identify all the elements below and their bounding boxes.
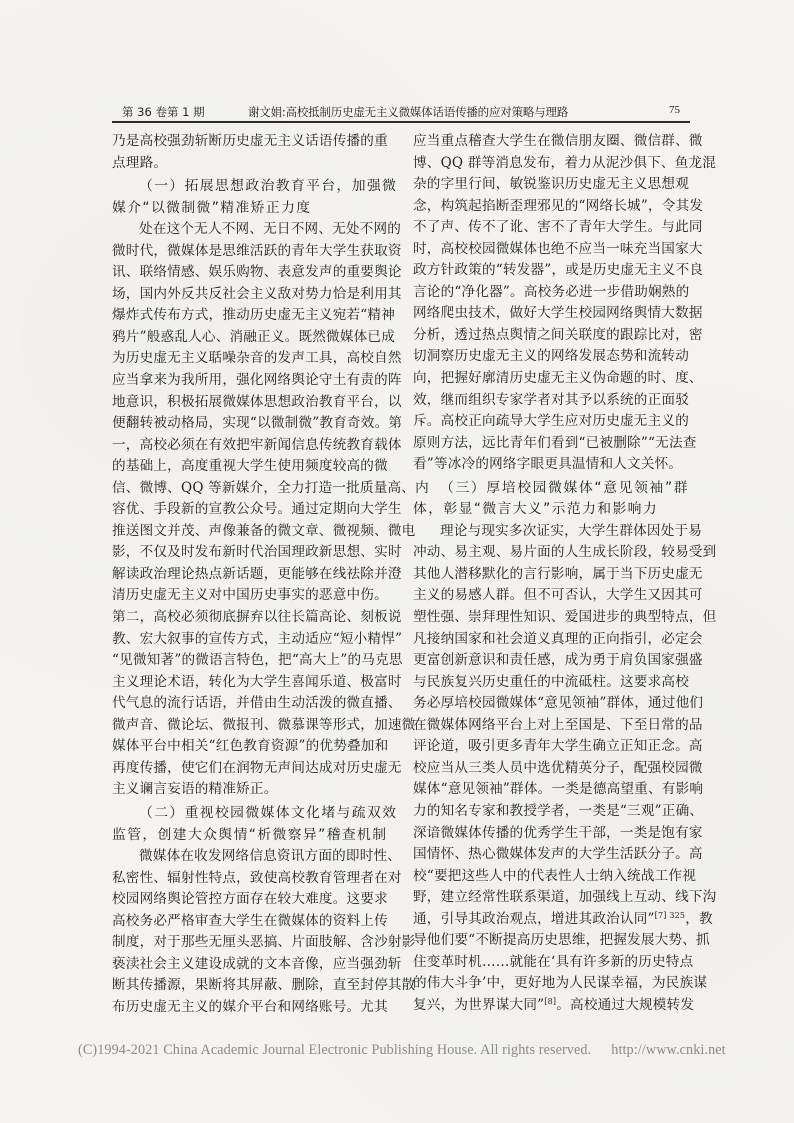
body-line: 不了声、传不了讹、害不了青年大学生。与此同 (413, 217, 689, 239)
body-line: “见微知著”的微语言特色，把“高大上”的马克思 (112, 650, 385, 672)
body-line: 乃是高校强劲斩断历史虚无主义话语传播的重 (112, 131, 385, 153)
body-line: 微时代，微媒体是思维活跃的青年大学生获取资 (112, 241, 385, 263)
body-line: 更富创新意识和责任感，成为勇于肩负国家强盛 (413, 650, 689, 672)
body-line: 亵渎社会主义建设成就的文本音像，应当强劲斩 (112, 954, 385, 976)
body-line: 看”等冰冷的网络字眼更具温情和人文关怀。 (413, 454, 689, 476)
left-column: 乃是高校强劲斩断历史虚无主义话语传播的重 点理路。 （一）拓展思想政治教育平台，… (112, 131, 385, 1018)
body-line: 校应当从三类人员中选优精英分子，配强校园微 (413, 758, 689, 780)
copyright-text: (C)1994-2021 China Academic Journal Elec… (78, 1042, 591, 1058)
body-line: 与民族复兴历史重任的中流砥柱。这要求高校 (413, 672, 689, 694)
body-line: 主义谰言妄语的精准矫正。 (112, 779, 385, 801)
section-heading-1-cont: 媒介“以微制微”精准矫正力度 (112, 198, 385, 220)
body-line: 博、QQ 群等消息发布，着力从泥沙俱下、鱼龙混 (413, 153, 689, 175)
body-line: 的伟大斗争’中，更好地为人民谋幸福，为民族谋 (413, 973, 689, 995)
journal-issue: 第 36 卷第 1 期 (122, 104, 205, 120)
body-line: 导他们要“不断提高历史思维，把握发展大势、抓 (413, 930, 689, 952)
body-line: 断其传播源，果断将其屏蔽、删除，直至封停其散 (112, 975, 385, 997)
body-line: 布历史虚无主义的媒介平台和网络账号。尤其 (112, 997, 385, 1019)
body-line: 影，不仅及时发布新时代治国理政新思想、实时 (112, 542, 385, 564)
body-line: 容优、手段新的宣教公众号。通过定期向大学生 (112, 499, 385, 521)
header-rule (112, 121, 690, 123)
body-line: 教、宏大叙事的宣传方式，主动适应“短小精悍” (112, 629, 385, 651)
body-line: 主义理论术语，转化为大学生喜闻乐道、极富时 (112, 672, 385, 694)
body-line: 凡接纳国家和社会道义真理的正向指引，必定会 (413, 629, 689, 651)
page-number: 75 (669, 104, 680, 116)
line-tail: 。高校通过大规模转发 (556, 997, 694, 1013)
body-line: 言论的“净化器”。高校务必进一步借助娴熟的 (413, 282, 689, 304)
body-line: 解读政治理论热点新话题，更能够在线祛除并澄 (112, 564, 385, 586)
running-title: 谢文娟:高校抵制历史虚无主义微媒体话语传播的应对策略与理路 (248, 104, 568, 120)
body-line: 主义的易感人群。但不可否认，大学生又因其可 (413, 585, 689, 607)
body-line: 制度，对于那些无厘头恶搞、片面肢解、含沙射影 (112, 932, 385, 954)
body-line: 处在这个无人不网、无日不网、无处不网的 (112, 219, 385, 241)
body-line: 场，国内外反共反社会主义敌对势力恰是利用其 (112, 284, 385, 306)
body-line: 在微媒体网络平台上对上至国是、下至日常的品 (413, 715, 689, 737)
body-line: 国情怀、热心微媒体发声的大学生活跃分子。高 (413, 844, 689, 866)
body-line: 校“要把这些人中的代表性人士纳入统战工作视 (413, 866, 689, 888)
body-line: 讯、联络情感、娱乐购物、表意发声的重要舆论 (112, 262, 385, 284)
body-line: 其他人潜移默化的言行影响，属于当下历史虚无 (413, 564, 689, 586)
body-line: 私密性、辐射性特点，致使高校教育管理者在对 (112, 868, 385, 890)
body-line: 便翻转被动格局，实现“以微制微”教育奇效。第 (112, 413, 385, 435)
body-line: 微声音、微论坛、微报刊、微慕课等形式，加速微 (112, 715, 385, 737)
body-line: 评论道，吸引更多青年大学生确立正知正念。高 (413, 736, 689, 758)
body-line: 推送图文并茂、声像兼备的微文章、微视频、微电 (112, 521, 385, 543)
body-line-with-citation: 通，引导其政治观点，增进其政治认同”[7] 325，教 (413, 909, 689, 931)
body-line: 时，高校校园微媒体也绝不应当一味充当国家大 (413, 239, 689, 261)
body-line: 政方针政策的“转发器”，或是历史虚无主义不良 (413, 260, 689, 282)
body-line: 媒体“意见领袖”群体。一类是德高望重、有影响 (413, 779, 689, 801)
body-line: 第二，高校必须彻底摒弃以往长篇高论、刻板说 (112, 607, 385, 629)
body-line: 分析，透过热点舆情之间关联度的跟踪比对，密 (413, 325, 689, 347)
body-line: 野，建立经常性联系渠道，加强线上互动、线下沟 (413, 887, 689, 909)
body-line: 网络爬虫技术，做好大学生校园网络舆情大数据 (413, 303, 689, 325)
body-line: 应当重点稽查大学生在微信朋友圈、微信群、微 (413, 131, 689, 153)
body-line: 冲动、易主观、易片面的人生成长阶段，较易受到 (413, 542, 689, 564)
section-heading-1: （一）拓展思想政治教育平台，加强微 (112, 176, 385, 198)
body-line: 鸦片”般惑乱人心、消融正义。既然微媒体已成 (112, 327, 385, 349)
body-line: 塑性强、崇拜理性知识、爱国进步的典型特点，但 (413, 607, 689, 629)
body-line: 校园网络舆论管控方面存在较大难度。这要求 (112, 889, 385, 911)
body-line: 高校务必严格审查大学生在微媒体的资料上传 (112, 911, 385, 933)
quote-text: 通，引导其政治观点，增进其政治认同” (413, 911, 655, 927)
body-line: 念，构筑起掐断歪理邪见的“网络长城”，令其发 (413, 196, 689, 218)
section-heading-3: （三）厚培校园微媒体“意见领袖”群 (413, 478, 689, 500)
body-line: 住变革时机……就能在‘具有许多新的历史特点 (413, 952, 689, 974)
body-line: 微媒体在收发网络信息资讯方面的即时性、 (112, 846, 385, 868)
body-line: 深谙微媒体传播的优秀学生干部，一类是饱有家 (413, 823, 689, 845)
body-line: 媒体平台中相关“红色教育资源”的优势叠加和 (112, 736, 385, 758)
body-line: 地意识，积极拓展微媒体思想政治教育平台，以 (112, 392, 385, 414)
running-header: 第 36 卷第 1 期 谢文娟:高校抵制历史虚无主义微媒体话语传播的应对策略与理… (112, 101, 690, 121)
body-line: 的基础上，高度重视大学生使用频度较高的微 (112, 456, 385, 478)
section-heading-3-cont: 体，彰显“微言大义”示范力和影响力 (413, 499, 689, 521)
body-line: 切洞察历史虚无主义的网络发展态势和流转动 (413, 346, 689, 368)
section-heading-2: （二）重视校园微媒体文化堵与疏双效 (112, 803, 385, 825)
body-line: 清历史虚无主义对中国历史事实的恶意中伤。 (112, 585, 385, 607)
citation-8[interactable]: [8] (544, 997, 556, 1006)
right-column: 应当重点稽查大学生在微信朋友圈、微信群、微 博、QQ 群等消息发布，着力从泥沙俱… (413, 131, 689, 1016)
line-tail: ，教 (685, 911, 713, 927)
body-line: 斥。高校正向疏导大学生应对历史虚无主义的 (413, 411, 689, 433)
section-heading-2-cont: 监管，创建大众舆情“析微察异”稽查机制 (112, 825, 385, 847)
copyright-footer: (C)1994-2021 China Academic Journal Elec… (78, 1042, 718, 1059)
body-line: 再度传播，使它们在润物无声间达成对历史虚无 (112, 758, 385, 780)
body-line: 代气息的流行话语，并借由生动活泼的微直播、 (112, 693, 385, 715)
body-line: 爆炸式传布方式，推动历史虚无主义宛若“精神 (112, 305, 385, 327)
body-line: 为历史虚无主义聒噪杂音的发声工具，高校自然 (112, 348, 385, 370)
cnki-link[interactable]: http://www.cnki.net (611, 1042, 725, 1058)
body-line: 务必厚培校园微媒体“意见领袖”群体，通过他们 (413, 693, 689, 715)
body-line: 向，把握好廓清历史虚无主义伪命题的时、度、 (413, 368, 689, 390)
body-line: 理论与现实多次证实，大学生群体因处于易 (413, 521, 689, 543)
body-line: 点理路。 (112, 153, 385, 175)
citation-7[interactable]: [7] 325 (655, 911, 686, 920)
body-line-with-citation: 复兴，为世界谋大同”[8]。高校通过大规模转发 (413, 995, 689, 1017)
body-line: 杂的字里行间，敏锐鉴识历史虚无主义思想观 (413, 174, 689, 196)
body-line: 信、微博、QQ 等新媒介，全力打造一批质量高、内 (112, 478, 385, 500)
body-line: 效，继而组织专家学者对其予以系统的正面驳 (413, 390, 689, 412)
body-line: 应当拿来为我所用，强化网络舆论守土有责的阵 (112, 370, 385, 392)
body-line: 原则方法，远比青年们看到“已被删除”“无法查 (413, 433, 689, 455)
body-line: 力的知名专家和教授学者，一类是“三观”正确、 (413, 801, 689, 823)
body-line: 一，高校必须在有效把牢新闻信息传统教育载体 (112, 435, 385, 457)
quote-text: 复兴，为世界谋大同” (413, 997, 544, 1013)
